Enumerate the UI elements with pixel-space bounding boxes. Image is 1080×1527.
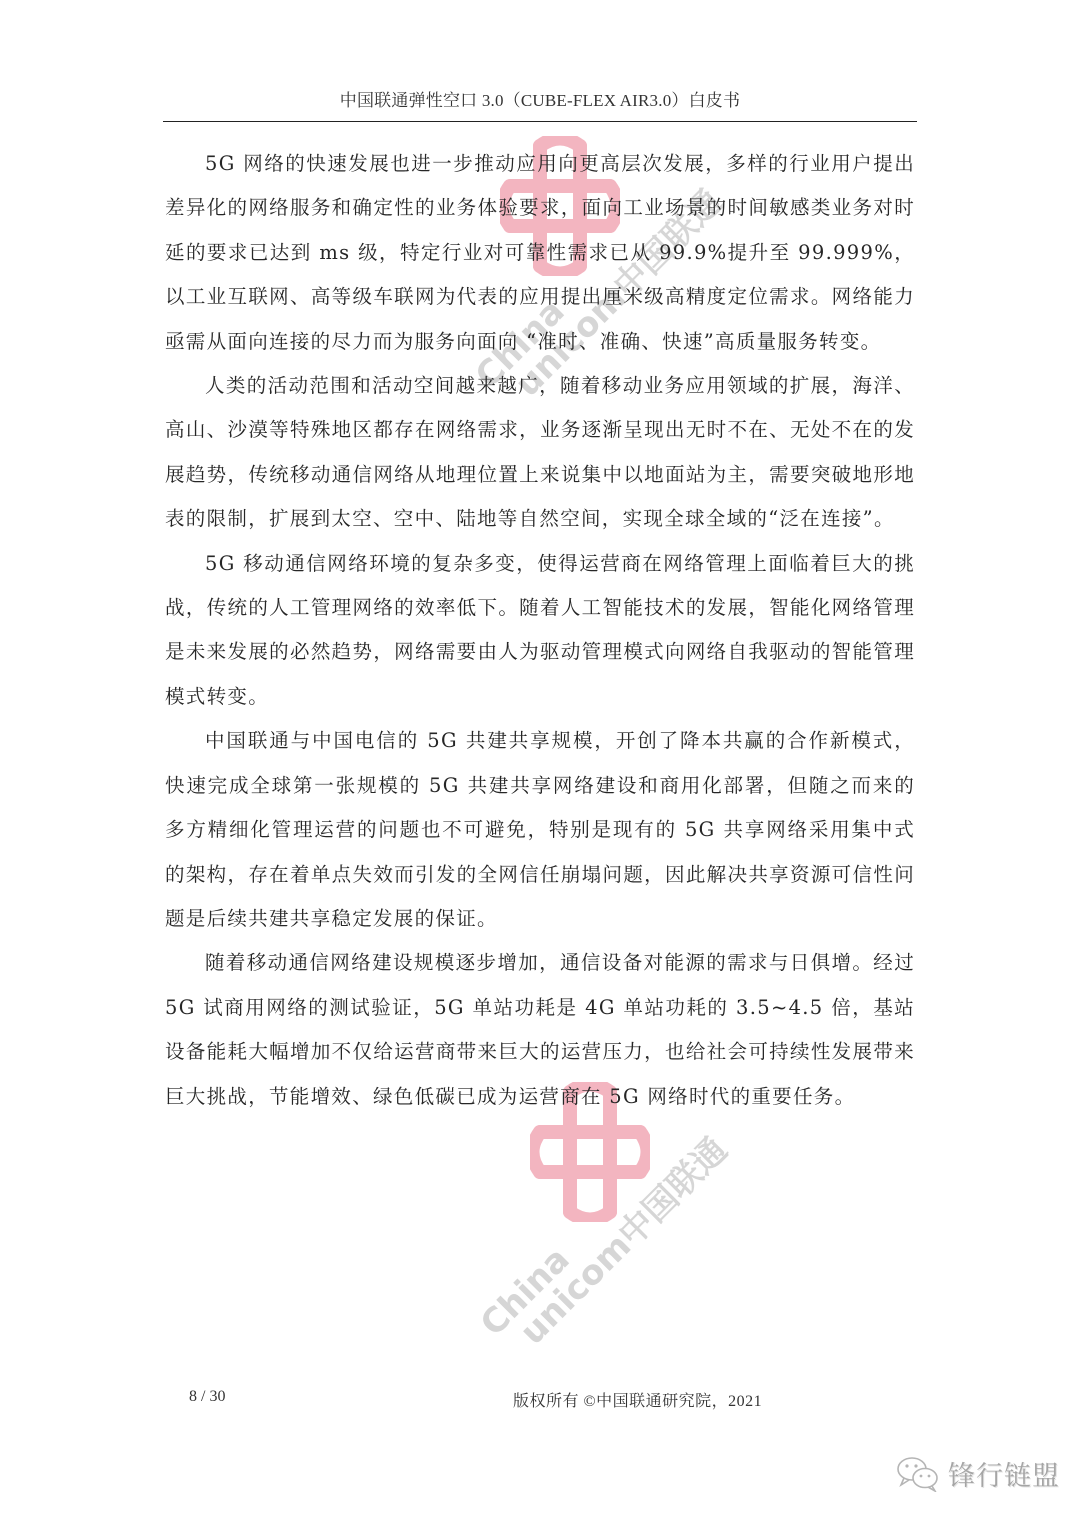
wechat-account-badge: 锋行链盟 [896,1454,1060,1493]
wechat-icon [896,1456,940,1492]
page-number: 8 / 30 [189,1388,225,1406]
copyright-notice: 版权所有 ©中国联通研究院，2021 [513,1388,762,1411]
paragraph-5g-development: 5G 网络的快速发展也进一步推动应用向更高层次发展，多样的行业用户提出差异化的网… [165,142,915,364]
paragraph-co-construction-sharing: 中国联通与中国电信的 5G 共建共享规模，开创了降本共赢的合作新模式，快速完成全… [165,719,915,941]
header-divider [163,121,917,122]
watermark-line2: unicom中国联通 [512,1130,735,1353]
document-body: 5G 网络的快速发展也进一步推动应用向更高层次发展，多样的行业用户提出差异化的网… [165,142,915,1119]
paragraph-intelligent-management: 5G 移动通信网络环境的复杂多变，使得运营商在网络管理上面临着巨大的挑战，传统的… [165,542,915,720]
paragraph-ubiquitous-connection: 人类的活动范围和活动空间越来越广，随着移动业务应用领域的扩展，海洋、高山、沙漠等… [165,364,915,542]
wechat-account-name: 锋行链盟 [948,1454,1060,1493]
paragraph-energy-saving: 随着移动通信网络建设规模逐步增加，通信设备对能源的需求与日俱增。经过 5G 试商… [165,941,915,1119]
watermark-text-bottom: China unicom中国联通 [475,1108,733,1366]
watermark-line1: China [473,1240,578,1345]
page-header-title: 中国联通弹性空口 3.0（CUBE-FLEX AIR3.0）白皮书 [163,86,917,111]
